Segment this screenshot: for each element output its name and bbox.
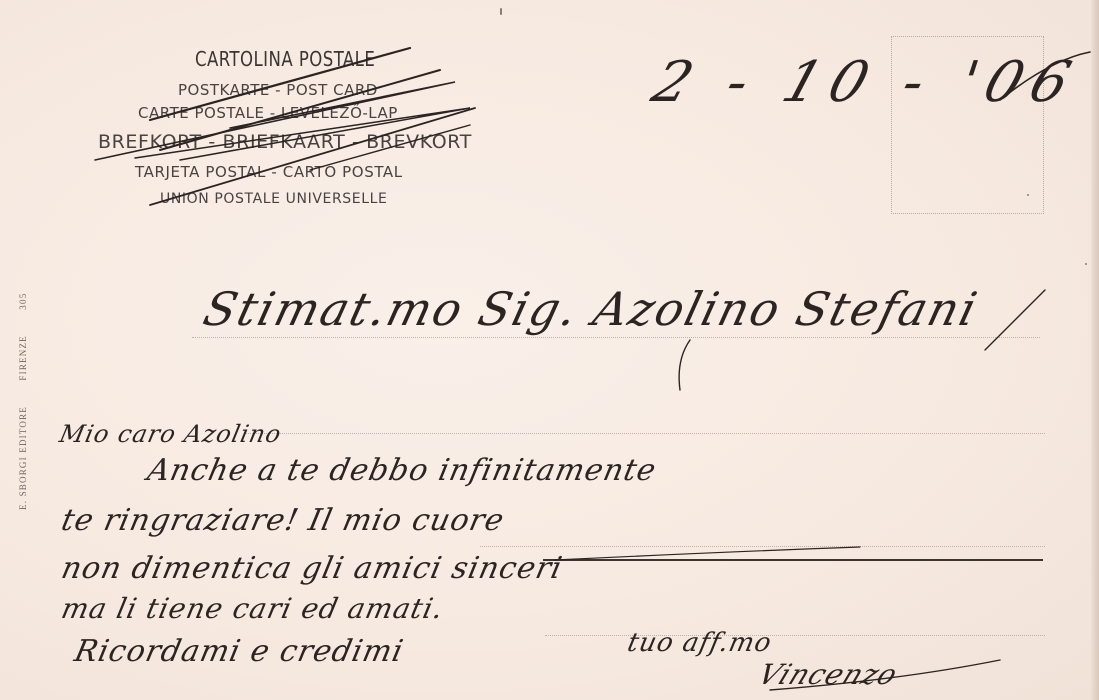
paper-speck	[1027, 194, 1029, 196]
message-line: Ricordami e credimi	[71, 634, 407, 669]
address-line-2	[245, 433, 1045, 434]
message-line: Anche a te debbo infinitamente	[144, 453, 659, 488]
publisher-number: 305	[18, 293, 28, 310]
header-line-tarjeta-postal: TARJETA POSTAL - CARTO POSTAL	[135, 163, 403, 181]
postcard-title: CARTOLINA POSTALE	[195, 47, 375, 71]
publisher-name: E. SBORGI EDITORE	[18, 406, 28, 510]
address-line-4	[545, 635, 1045, 636]
publisher-city: FIRENZE	[18, 335, 28, 380]
postcard: CARTOLINA POSTALE POSTKARTE - POST CARD …	[0, 0, 1099, 700]
header-line-brefkort: BREFKORT - BRIEFKAART - BREVKORT	[98, 131, 472, 153]
paper-speck	[500, 8, 502, 15]
card-edge-shadow	[1091, 0, 1099, 700]
handwritten-address: Stimat.mo Sig. Azolino Stefani	[198, 282, 984, 336]
paper-speck	[1085, 263, 1087, 265]
message-closing: tuo aff.mo	[625, 628, 775, 658]
message-line: ma li tiene cari ed amati.	[58, 592, 446, 625]
address-line-3	[480, 546, 1045, 547]
handwritten-date: 2 - 10 - '06	[644, 50, 1088, 115]
address-underline-solid	[543, 559, 1043, 561]
header-line-postkarte: POSTKARTE - POST CARD	[178, 81, 378, 99]
address-line-1	[192, 337, 1040, 338]
header-line-carte-postale: CARTE POSTALE - LEVELEZŐ-LAP	[138, 104, 398, 122]
message-line: Mio caro Azolino	[57, 420, 284, 448]
signature: Vincenzo	[753, 658, 903, 691]
message-line: te ringraziare! Il mio cuore	[58, 503, 507, 538]
header-line-union-postale: UNION POSTALE UNIVERSELLE	[160, 191, 387, 207]
message-line: non dimentica gli amici sinceri	[58, 551, 565, 586]
publisher-imprint: E. SBORGI EDITORE FIRENZE 305	[18, 271, 28, 510]
